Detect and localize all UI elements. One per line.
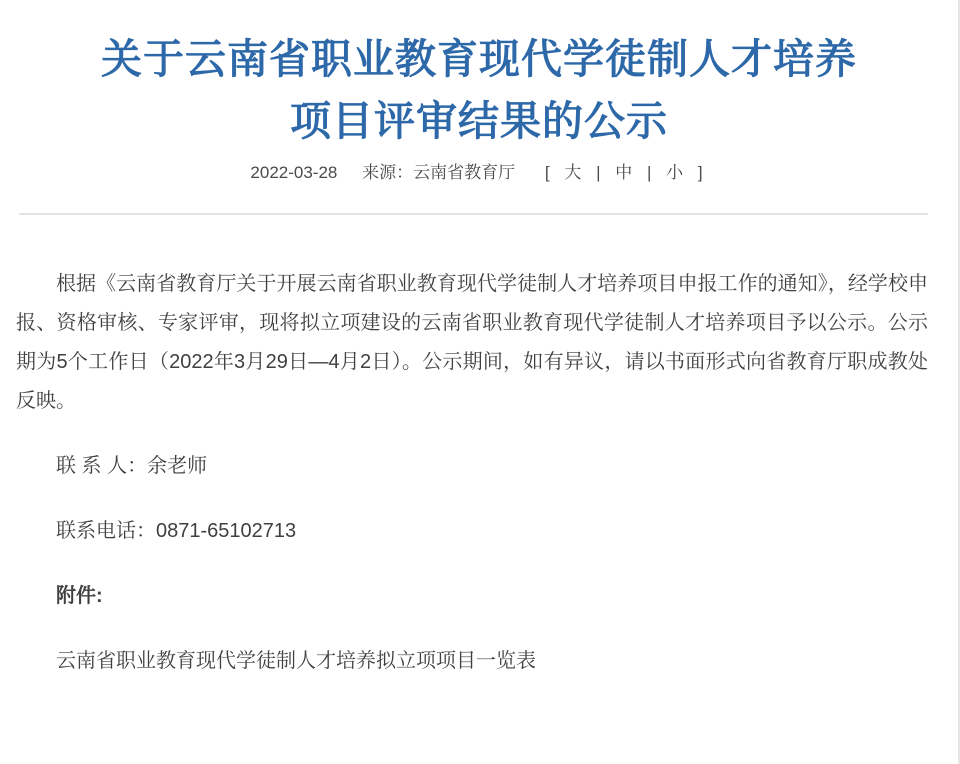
attachment-link[interactable]: 云南省职业教育现代学徒制人才培养拟立项项目一览表 xyxy=(16,642,928,681)
page-title: 关于云南省职业教育现代学徒制人才培养 项目评审结果的公示 xyxy=(60,28,898,152)
font-size-medium-button[interactable]: 中 xyxy=(615,163,632,182)
font-size-large-button[interactable]: 大 xyxy=(564,163,581,182)
attachment-label: 附件: xyxy=(16,577,928,616)
contact-phone-line: 联系电话：0871-65102713 xyxy=(16,512,928,551)
page-title-line-1: 关于云南省职业教育现代学徒制人才培养 xyxy=(60,28,898,90)
bracket-close-text: ] xyxy=(698,163,703,182)
publish-date: 2022-03-28 xyxy=(250,163,337,182)
contact-person-line: 联 系 人：余老师 xyxy=(16,447,928,486)
page-title-line-2: 项目评审结果的公示 xyxy=(60,90,898,152)
source-label: 来源：云南省教育厅 xyxy=(362,163,515,182)
font-size-small-button[interactable]: 小 xyxy=(666,163,683,182)
bracket-open-text: [ xyxy=(545,163,550,182)
header-divider xyxy=(19,213,928,215)
font-size-controls: [ 大 | 中 | 小 ] xyxy=(540,163,708,182)
separator-text: | xyxy=(596,163,600,182)
article-content: 根据《云南省教育厅关于开展云南省职业教育现代学徒制人才培养项目申报工作的通知》，… xyxy=(16,265,928,681)
article-meta: 2022-03-28 来源：云南省教育厅 [ 大 | 中 | 小 ] xyxy=(0,161,958,184)
separator-text: | xyxy=(647,163,651,182)
announcement-page: 关于云南省职业教育现代学徒制人才培养 项目评审结果的公示 2022-03-28 … xyxy=(0,0,960,764)
main-paragraph: 根据《云南省教育厅关于开展云南省职业教育现代学徒制人才培养项目申报工作的通知》，… xyxy=(16,265,928,421)
